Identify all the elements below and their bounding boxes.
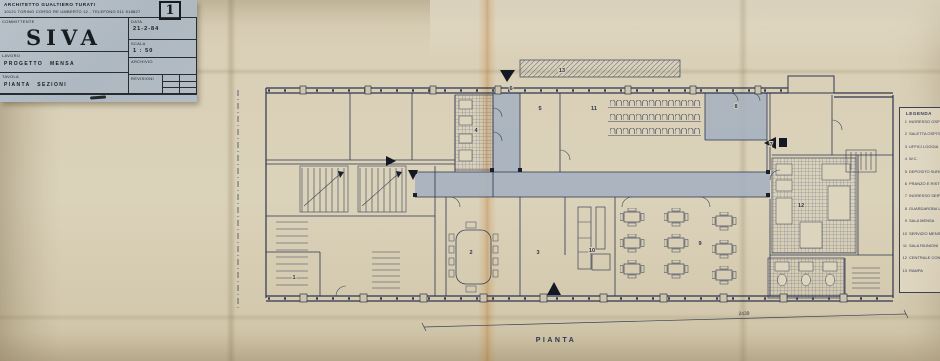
total-dimension-label: 2439: [738, 311, 749, 317]
drawing-sheet: 1 2 3 4 5 6 7 8 9 10 11 12 13 2439 PIANT…: [0, 0, 940, 361]
legend-item: 13RAMPA: [902, 268, 940, 280]
legend-item: 1INGRESSO OSPITI: [902, 119, 940, 131]
legend-item-label: SALA MENSA: [909, 218, 934, 223]
legend-item: 5DEPOSITO SURGELATI: [902, 169, 940, 181]
room-number: 6: [509, 86, 512, 92]
dining-tables: [620, 208, 736, 284]
legend-item-label: UFFICI LOGGIA: [909, 144, 938, 149]
lavoro-label: LAVORO: [2, 53, 20, 58]
legend-item-label: INGRESSO OSPITI: [909, 119, 940, 124]
plan-caption: PIANTA: [536, 337, 577, 344]
legend-item: 7INGRESSO SERVIZI: [902, 193, 940, 205]
legend-item-label: DEPOSITO SURGELATI: [909, 169, 940, 174]
room-number: 11: [591, 106, 597, 112]
legend-item-number: 7: [902, 193, 907, 198]
wc-block: [768, 258, 844, 298]
entrance-arrow-right: [764, 137, 787, 149]
legend-item-number: 13: [902, 268, 907, 273]
room-number: 13: [559, 68, 565, 74]
legend-item-number: 11: [902, 243, 907, 248]
scala-cell: SCALA 1 : 50: [129, 40, 197, 58]
meeting-room-chairs: [608, 100, 701, 136]
tavola-label: TAVOLA: [2, 74, 19, 79]
legend-box: LEGENDA 1INGRESSO OSPITI 2SALETTA OSPITI…: [899, 107, 940, 293]
room-number: 2: [469, 250, 472, 256]
legend-item-number: 8: [902, 206, 907, 211]
scale-value: 1 : 50: [133, 48, 153, 54]
data-cell: DATA 21-2-84: [129, 18, 197, 40]
legend-item-label: INGRESSO SERVIZI: [909, 193, 940, 198]
legend-item-label: RAMPA: [909, 268, 923, 273]
project-name: PROGETTO MENSA: [4, 61, 75, 67]
scala-label: SCALA: [131, 41, 146, 46]
legend-item: 2SALETTA OSPITI: [902, 131, 940, 143]
room-number: 7: [769, 142, 772, 148]
service-counters: [578, 207, 610, 270]
legend-item: 3UFFICI LOGGIA: [902, 144, 940, 156]
legend-item-label: CENTRALE CONDIZ.: [909, 255, 940, 260]
legend-item-number: 4: [902, 156, 907, 161]
committente-label: COMMITTENTE: [2, 19, 35, 24]
dimension-line: [422, 310, 908, 331]
lavoro-cell: LAVORO PROGETTO MENSA: [0, 52, 129, 73]
entrance-arrow-top: [500, 70, 515, 82]
legend-item-number: 2: [902, 131, 907, 136]
legend-item: 4W.C.: [902, 156, 940, 168]
legend-item: 10SERVIZIO MENSA: [902, 231, 940, 243]
conference-table: [449, 222, 498, 292]
date-value: 21-2-84: [133, 26, 159, 32]
title-block: ARCHITETTO GUALTIERO TURATI 10121 TORINO…: [0, 0, 197, 102]
archivio-label: ARCHIVIO: [131, 59, 153, 64]
legend-item-number: 10: [902, 231, 907, 236]
client-name: SIVA: [0, 25, 128, 50]
data-label: DATA: [131, 19, 142, 24]
legend-item: 9SALA MENSA: [902, 218, 940, 230]
legend-item: 11SALA RIUNIONI: [902, 243, 940, 255]
legend-item-label: W.C.: [909, 156, 918, 161]
legend-item-number: 12: [902, 255, 907, 260]
legend-item-label: SERVIZIO MENSA: [909, 231, 940, 236]
room-number: 5: [538, 106, 541, 112]
legend-item-label: SALA RIUNIONI: [909, 243, 938, 248]
legend-item: 6PRANZO E RISTORO: [902, 181, 940, 193]
tavola-cell: TAVOLA PIANTA SEZIONI: [0, 73, 129, 94]
drawing-title: PIANTA SEZIONI: [4, 82, 67, 88]
legend-item-label: GUARDAROBA UTENTI: [909, 206, 940, 211]
legend-title: LEGENDA: [906, 111, 940, 116]
kitchen-block: [772, 158, 856, 253]
legend-item-label: PRANZO E RISTORO: [909, 181, 940, 186]
entrance-arrow-bottom: [547, 282, 561, 295]
legend-item-number: 1: [902, 119, 907, 124]
archivio-cell: ARCHIVIO: [129, 58, 197, 75]
room-number: 10: [589, 248, 595, 254]
legend-item-number: 5: [902, 169, 907, 174]
legend-item: 12CENTRALE CONDIZ.: [902, 255, 940, 267]
revisioni-cell: REVISIONI: [129, 75, 197, 94]
ramp-hatch: [520, 60, 680, 77]
legend-item-label: SALETTA OSPITI: [909, 131, 940, 136]
revisioni-label: REVISIONI: [131, 76, 154, 81]
room-number: 3: [536, 250, 539, 256]
legend-item-number: 9: [902, 218, 907, 223]
room-number: 12: [798, 203, 804, 209]
room-number: 8: [734, 104, 737, 110]
sheet-number: 1: [165, 3, 174, 18]
legend-item-number: 3: [902, 144, 907, 149]
room-number: 9: [698, 241, 701, 247]
room-number: 1: [292, 275, 295, 281]
legend-item-number: 6: [902, 181, 907, 186]
legend-item: 8GUARDAROBA UTENTI: [902, 206, 940, 218]
revision-grid: [162, 75, 196, 94]
committente-cell: COMMITTENTE SIVA: [0, 18, 129, 52]
